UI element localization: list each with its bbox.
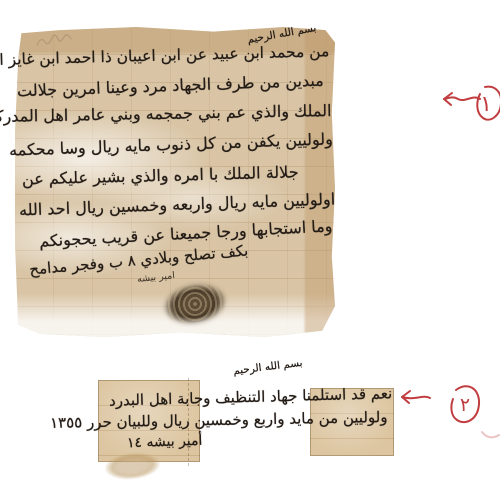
left-arrow-line <box>402 397 430 399</box>
red-marker-annotation-2: ٢ <box>396 376 500 448</box>
manuscript-top: بسم الله الرحيم من محمد ابن عبيد عن ابن … <box>15 27 335 337</box>
basmala-heading-bottom: بسم الله الرحيم <box>233 358 303 377</box>
circled-number: ١ <box>480 92 492 117</box>
manuscript-line: أمير بيشه ١٤ <box>126 434 202 451</box>
manuscript-bottom: بسم الله الرحيم نعم قد استلمنا جهاد التن… <box>0 358 420 490</box>
left-arrow-line <box>444 97 480 100</box>
scanned-page: بسم الله الرحيم من محمد ابن عبيد عن ابن … <box>0 0 500 500</box>
faint-pen-stroke <box>482 432 499 437</box>
red-marker-annotation-1: ١ <box>436 80 500 128</box>
circled-number: ٢ <box>460 394 470 416</box>
